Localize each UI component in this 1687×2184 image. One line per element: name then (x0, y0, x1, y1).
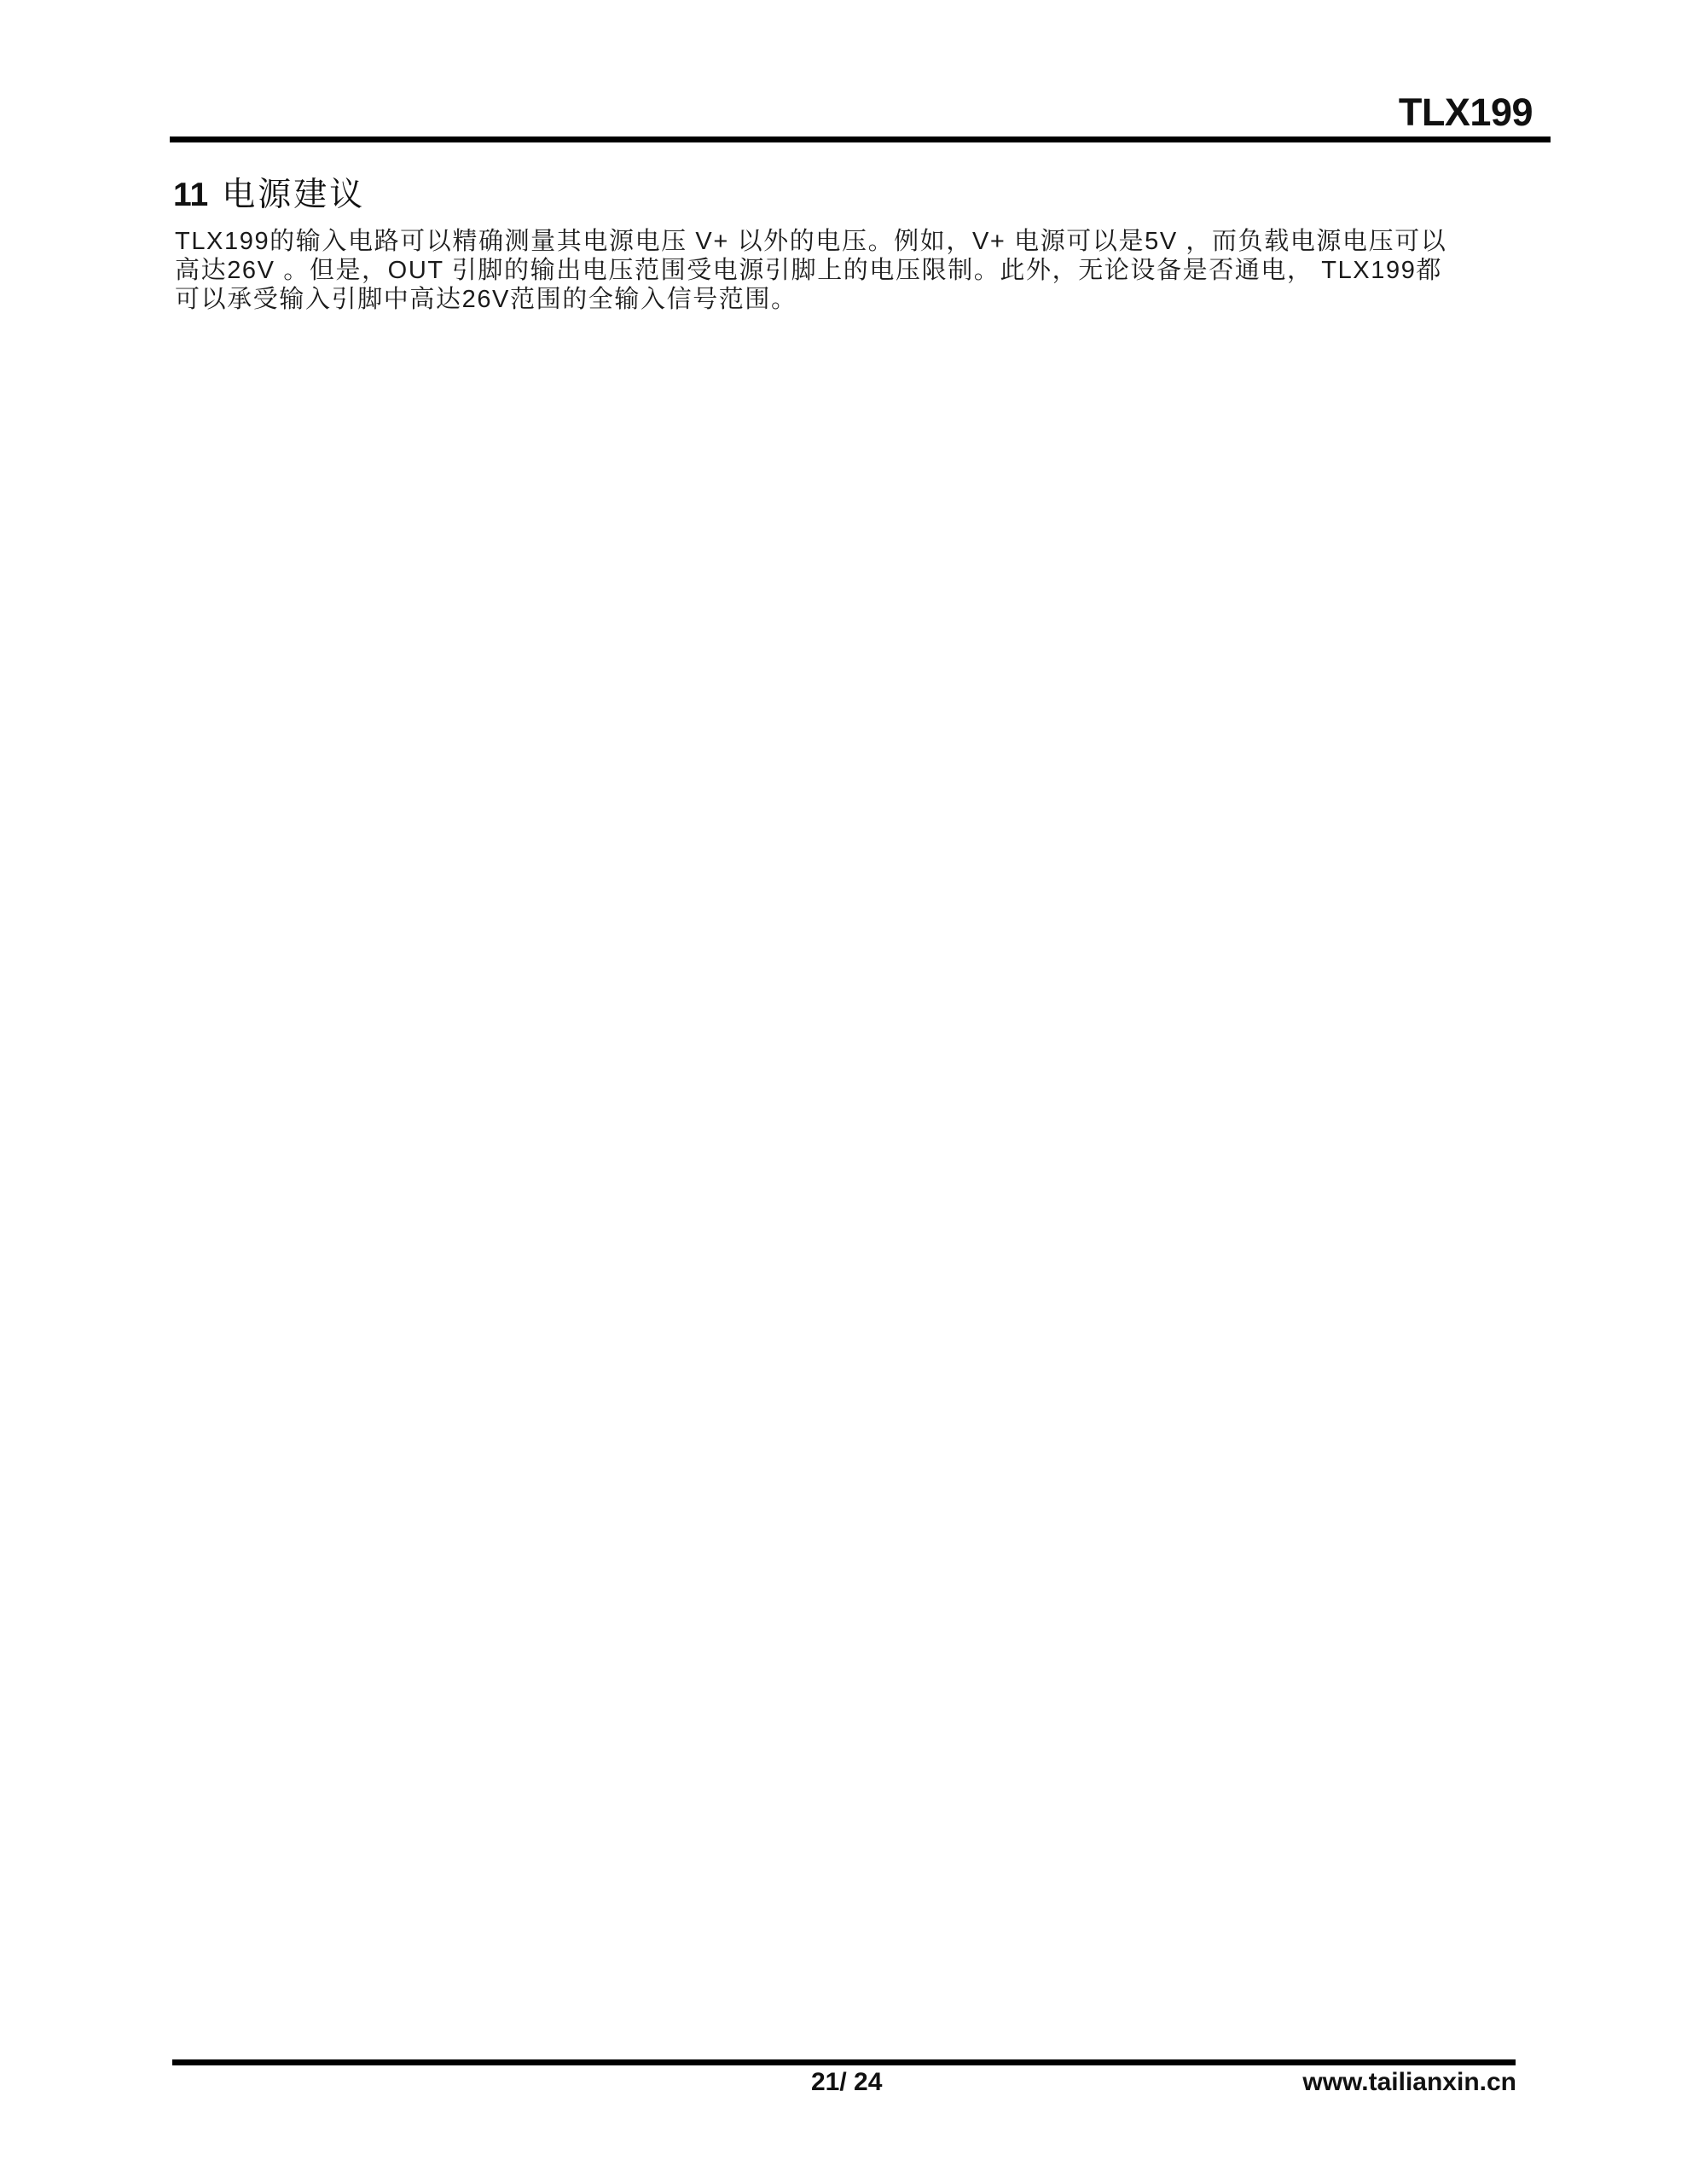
paragraph-line: 高达26V 。但是，OUT 引脚的输出电压范围受电源引脚上的电压限制。此外，无论… (175, 256, 1446, 285)
paragraph-line: TLX199的输入电路可以精确测量其电源电压 V+ 以外的电压。例如，V+ 电源… (175, 227, 1446, 256)
header-divider (170, 136, 1551, 142)
section-title: 电源建议 (222, 177, 365, 213)
document-header-title: TLX199 (1399, 90, 1533, 135)
paragraph-line: 可以承受输入引脚中高达26V范围的全输入信号范围。 (175, 285, 1446, 314)
footer-divider (172, 2059, 1516, 2065)
page-number: 21/ 24 (811, 2068, 882, 2097)
section-number: 11 (173, 177, 208, 213)
footer-website: www.tailianxin.cn (1302, 2068, 1516, 2097)
section-heading: 11电源建议 (173, 174, 365, 217)
section-paragraph: TLX199的输入电路可以精确测量其电源电压 V+ 以外的电压。例如，V+ 电源… (175, 227, 1446, 314)
